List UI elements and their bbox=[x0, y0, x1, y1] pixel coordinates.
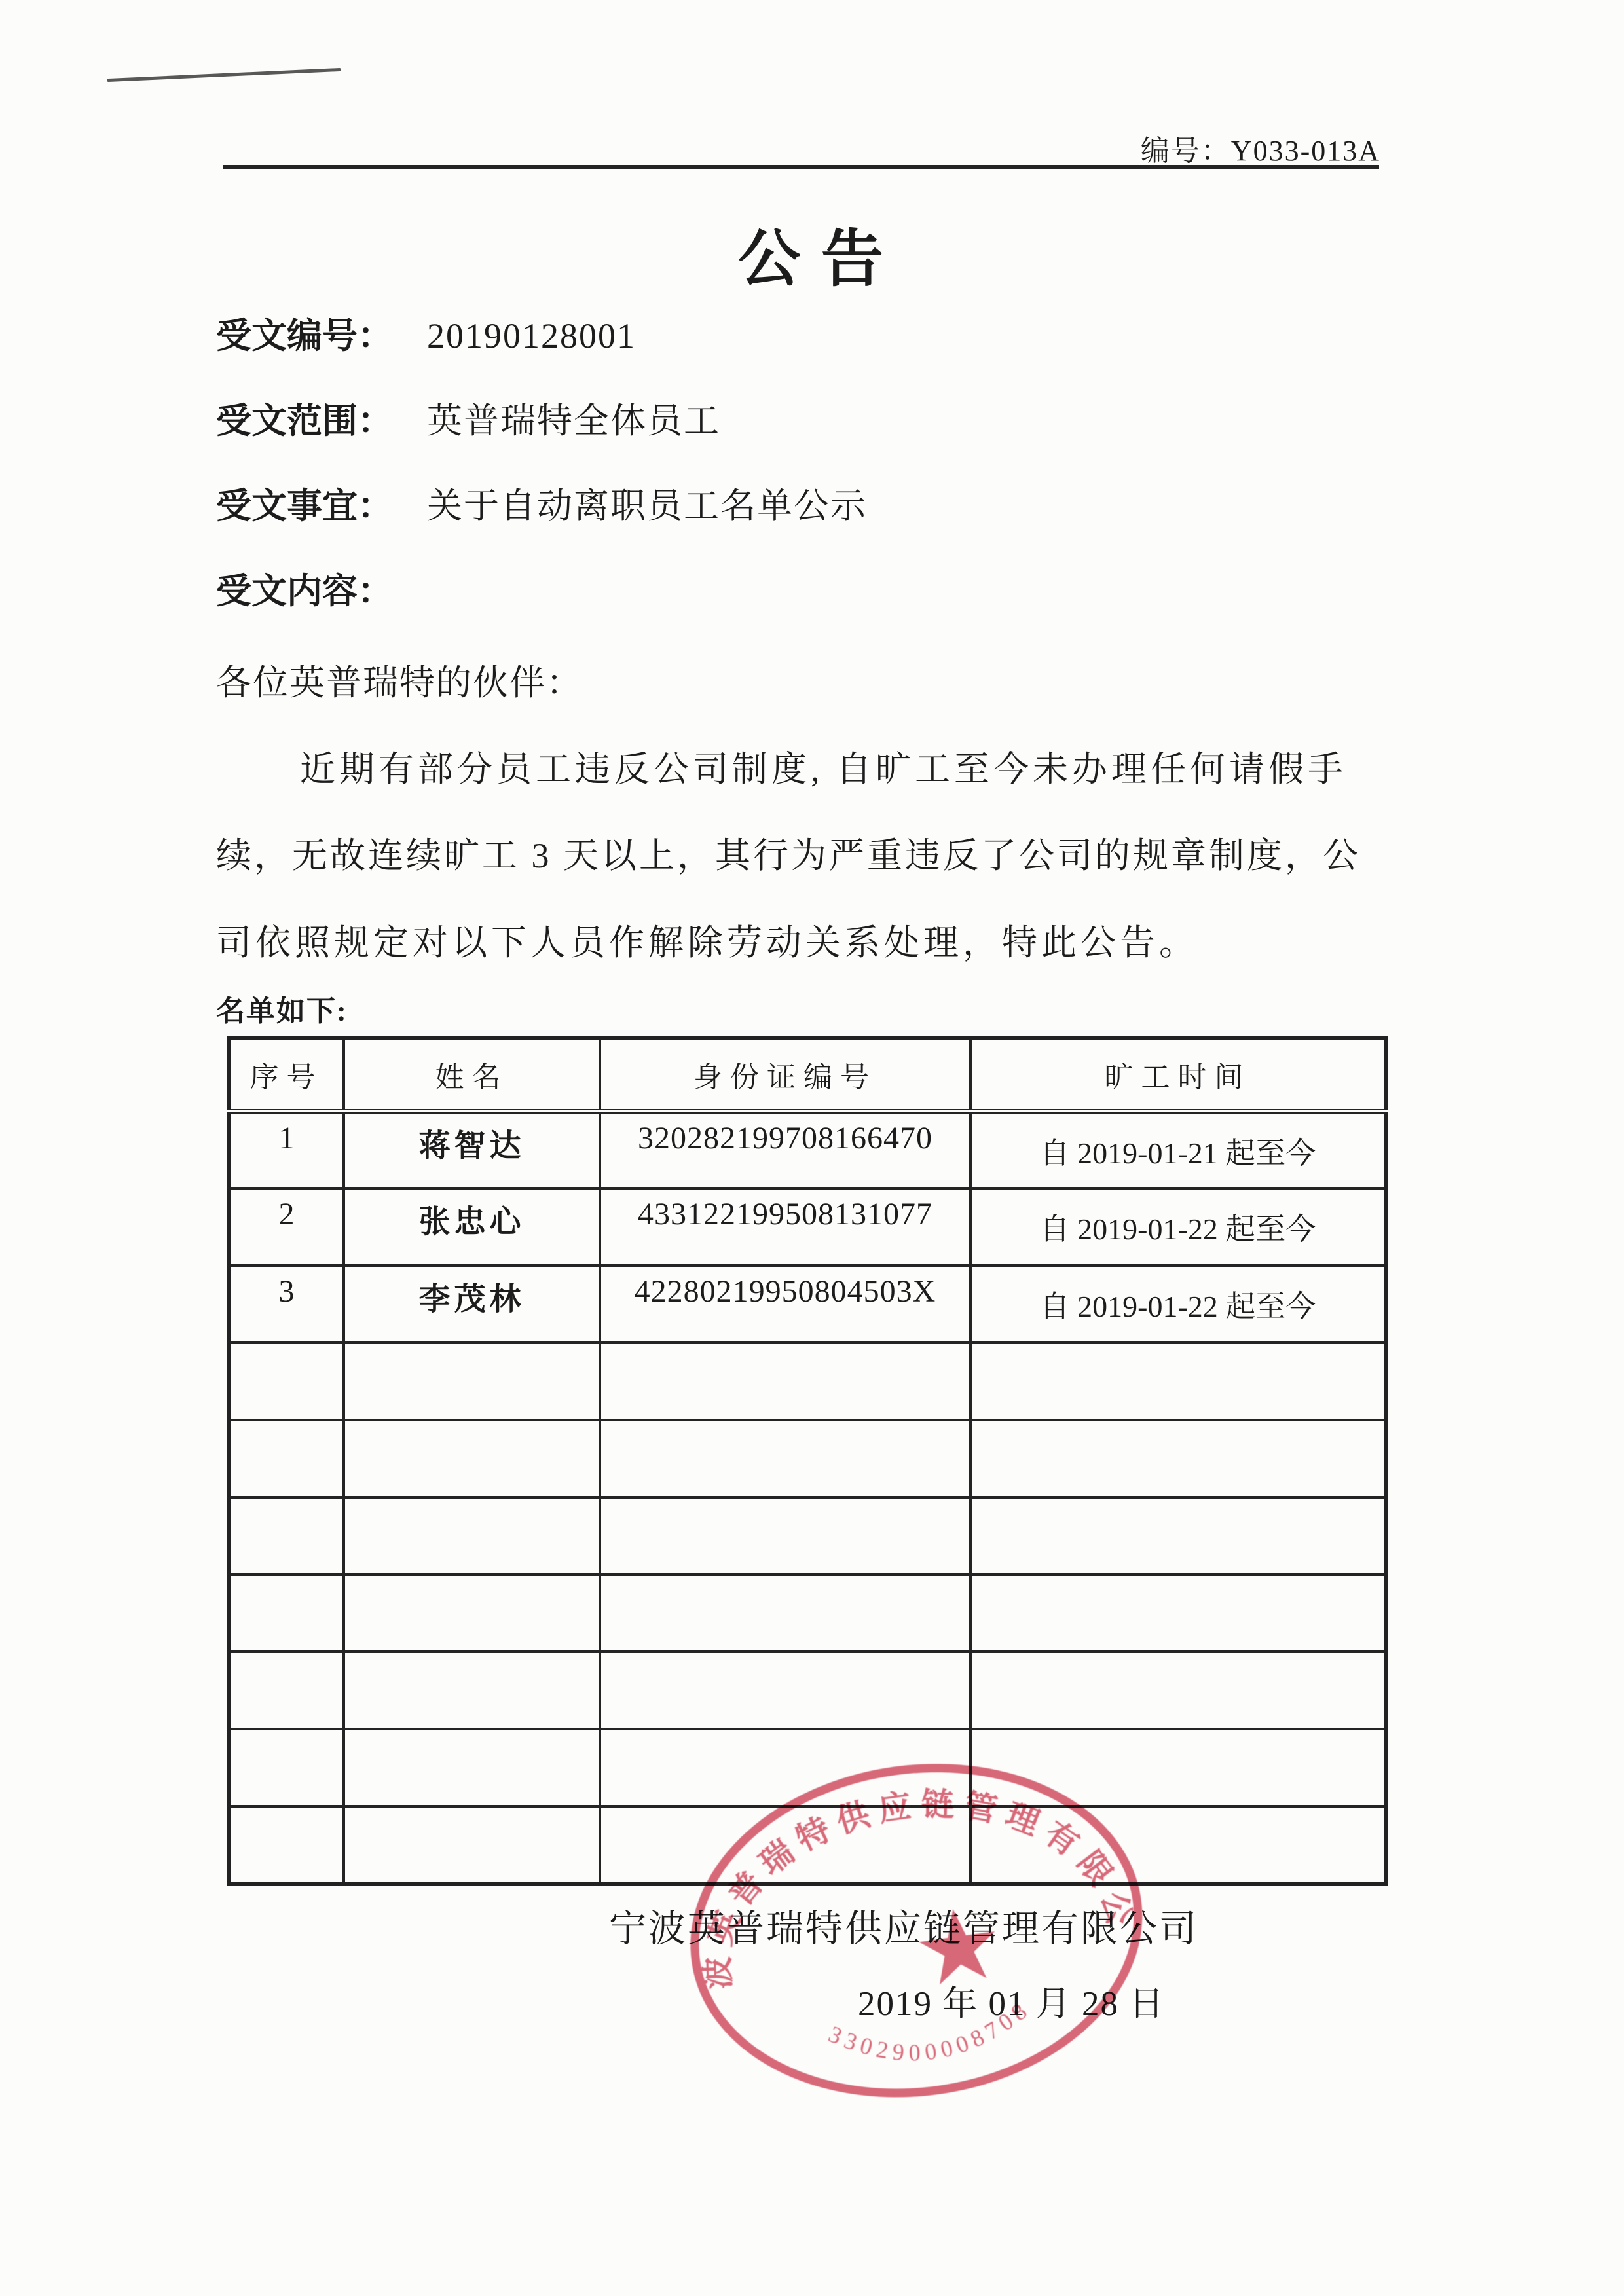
cell-name bbox=[344, 1729, 600, 1806]
cell-name: 蒋智达 bbox=[344, 1111, 600, 1188]
employee-table-body: 1 蒋智达 320282199708166470 自 2019-01-21 起至… bbox=[229, 1111, 1386, 1884]
cell-no: 3 bbox=[229, 1266, 344, 1343]
meta-row-content: 受文内容： bbox=[216, 563, 427, 613]
table-row bbox=[229, 1420, 1386, 1497]
cell-no bbox=[229, 1343, 344, 1420]
cell-absence-period bbox=[970, 1652, 1386, 1729]
cell-name: 李茂林 bbox=[344, 1266, 600, 1343]
table-row: 1 蒋智达 320282199708166470 自 2019-01-21 起至… bbox=[229, 1111, 1386, 1188]
paragraph-line: 续，无故连续旷工 3 天以上，其行为严重违反了公司的规章制度，公 bbox=[216, 828, 1361, 878]
header-name: 姓名 bbox=[344, 1038, 600, 1111]
announcement-page: 编号：Y033-013A 公 告 受文编号：20190128001 受文范围：英… bbox=[0, 0, 1624, 2296]
table-row: 2 张忠心 433122199508131077 自 2019-01-22 起至… bbox=[229, 1188, 1386, 1266]
paragraph-line: 司依照规定对以下人员作解除劳动关系处理，特此公告。 bbox=[216, 915, 1198, 965]
table-row bbox=[229, 1652, 1386, 1729]
page-title: 公 告 bbox=[0, 210, 1624, 299]
cell-absence-period: 自 2019-01-22 起至今 bbox=[970, 1188, 1386, 1266]
cell-absence-period bbox=[970, 1420, 1386, 1497]
meta-value: 20190128001 bbox=[427, 316, 636, 355]
header-no: 序号 bbox=[229, 1038, 344, 1111]
table-row bbox=[229, 1575, 1386, 1652]
cell-no bbox=[229, 1729, 344, 1806]
paragraph-line: 近期有部分员工违反公司制度, 自旷工至今未办理任何请假手 bbox=[300, 741, 1347, 792]
cell-name: 张忠心 bbox=[344, 1188, 600, 1266]
meta-value: 关于自动离职员工名单公示 bbox=[427, 486, 867, 526]
cell-id-number bbox=[600, 1343, 970, 1420]
meta-value: 英普瑞特全体员工 bbox=[427, 401, 720, 441]
cell-name bbox=[344, 1806, 600, 1884]
table-row bbox=[229, 1343, 1386, 1420]
cell-id-number: 320282199708166470 bbox=[600, 1111, 970, 1188]
cell-no bbox=[229, 1575, 344, 1652]
cell-id-number bbox=[600, 1497, 970, 1575]
doc-number: 编号：Y033-013A bbox=[1141, 127, 1380, 169]
cell-absence-period bbox=[970, 1575, 1386, 1652]
header-id-number: 身份证编号 bbox=[600, 1038, 970, 1111]
cell-id-number bbox=[600, 1420, 970, 1497]
meta-row-doc-id: 受文编号：20190128001 bbox=[216, 308, 636, 358]
cell-absence-period: 自 2019-01-22 起至今 bbox=[970, 1266, 1386, 1343]
cell-name bbox=[344, 1575, 600, 1652]
cell-no bbox=[229, 1497, 344, 1575]
cell-no bbox=[229, 1652, 344, 1729]
meta-label: 受文内容： bbox=[216, 563, 427, 613]
cell-name bbox=[344, 1420, 600, 1497]
salutation: 各位英普瑞特的伙伴： bbox=[216, 655, 583, 705]
list-label: 名单如下: bbox=[216, 987, 348, 1029]
stamp-star-icon bbox=[915, 1904, 1001, 1986]
stamp-serial: 3302900008708 bbox=[822, 1993, 1041, 2079]
cell-no: 1 bbox=[229, 1111, 344, 1188]
meta-row-subject: 受文事宜：关于自动离职员工名单公示 bbox=[216, 478, 867, 528]
cell-id-number: 433122199508131077 bbox=[600, 1188, 970, 1266]
cell-name bbox=[344, 1652, 600, 1729]
cell-id-number: 42280219950804503X bbox=[600, 1266, 970, 1343]
company-stamp: 宁波英普瑞特供应链管理有限公司 3302900008708 bbox=[659, 1728, 1181, 2138]
header-rule bbox=[223, 165, 1379, 169]
cell-id-number bbox=[600, 1575, 970, 1652]
header-absence-period: 旷工时间 bbox=[970, 1038, 1386, 1111]
cell-no bbox=[229, 1806, 344, 1884]
meta-label: 受文编号： bbox=[216, 308, 427, 358]
meta-label: 受文事宜： bbox=[216, 478, 427, 528]
svg-text:3302900008708: 3302900008708 bbox=[822, 1993, 1041, 2079]
table-header-row: 序号 姓名 身份证编号 旷工时间 bbox=[229, 1038, 1386, 1111]
table-row: 3 李茂林 42280219950804503X 自 2019-01-22 起至… bbox=[229, 1266, 1386, 1343]
scan-artifact-line bbox=[107, 68, 341, 82]
cell-no bbox=[229, 1420, 344, 1497]
cell-absence-period bbox=[970, 1343, 1386, 1420]
cell-absence-period: 自 2019-01-21 起至今 bbox=[970, 1111, 1386, 1188]
meta-row-scope: 受文范围：英普瑞特全体员工 bbox=[216, 393, 720, 443]
cell-no: 2 bbox=[229, 1188, 344, 1266]
table-row bbox=[229, 1497, 1386, 1575]
meta-label: 受文范围： bbox=[216, 393, 427, 443]
cell-absence-period bbox=[970, 1497, 1386, 1575]
cell-name bbox=[344, 1497, 600, 1575]
cell-name bbox=[344, 1343, 600, 1420]
cell-id-number bbox=[600, 1652, 970, 1729]
employee-table: 序号 姓名 身份证编号 旷工时间 1 蒋智达 32028219970816647… bbox=[227, 1036, 1388, 1886]
